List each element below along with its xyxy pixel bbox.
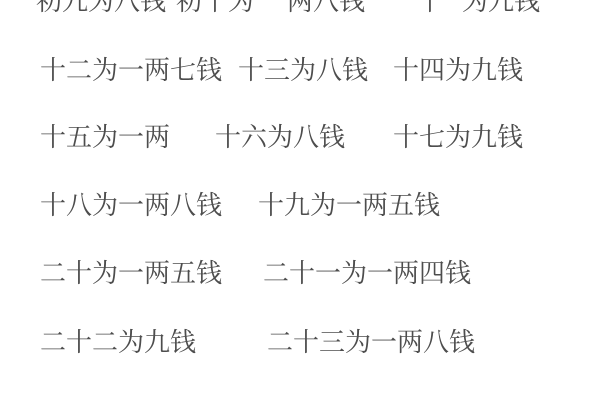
text-line-6: 二十二为九钱 二十三为一两八钱 — [0, 329, 600, 356]
text-segment: 初十为 — [176, 0, 254, 15]
text-line-5: 二十为一两五钱 二十一为一两四钱 — [0, 260, 600, 287]
page-viewport: 初九为八钱 初十为 两八钱 十 为九钱 十二为一两七钱 十三为八钱 十四为九钱 … — [0, 0, 600, 400]
text-segment: 二十二为九钱 — [40, 329, 196, 356]
text-segment: 二十三为一两八钱 — [267, 329, 475, 356]
text-segment: 十六为八钱 — [215, 124, 345, 151]
text-segment: 为九钱 — [462, 0, 540, 15]
text-segment: 十 — [417, 0, 443, 15]
text-segment: 初九为八钱 — [36, 0, 166, 15]
text-segment: 十四为九钱 — [393, 57, 523, 84]
text-line-3: 十五为一两 十六为八钱 十七为九钱 — [0, 124, 600, 151]
text-segment: 十三为八钱 — [238, 57, 368, 84]
text-segment: 两八钱 — [287, 0, 365, 15]
text-segment: 二十为一两五钱 — [40, 260, 222, 287]
text-document: 初九为八钱 初十为 两八钱 十 为九钱 十二为一两七钱 十三为八钱 十四为九钱 … — [0, 0, 600, 400]
text-segment: 十七为九钱 — [393, 124, 523, 151]
text-segment: 十八为一两八钱 — [40, 192, 222, 219]
text-line-2: 十二为一两七钱 十三为八钱 十四为九钱 — [0, 57, 600, 84]
text-line-1: 初九为八钱 初十为 两八钱 十 为九钱 — [0, 0, 600, 15]
text-segment: 十五为一两 — [40, 124, 170, 151]
text-segment: 十二为一两七钱 — [40, 57, 222, 84]
text-segment: 二十一为一两四钱 — [263, 260, 471, 287]
text-segment: 十九为一两五钱 — [258, 192, 440, 219]
text-line-4: 十八为一两八钱 十九为一两五钱 — [0, 192, 600, 219]
